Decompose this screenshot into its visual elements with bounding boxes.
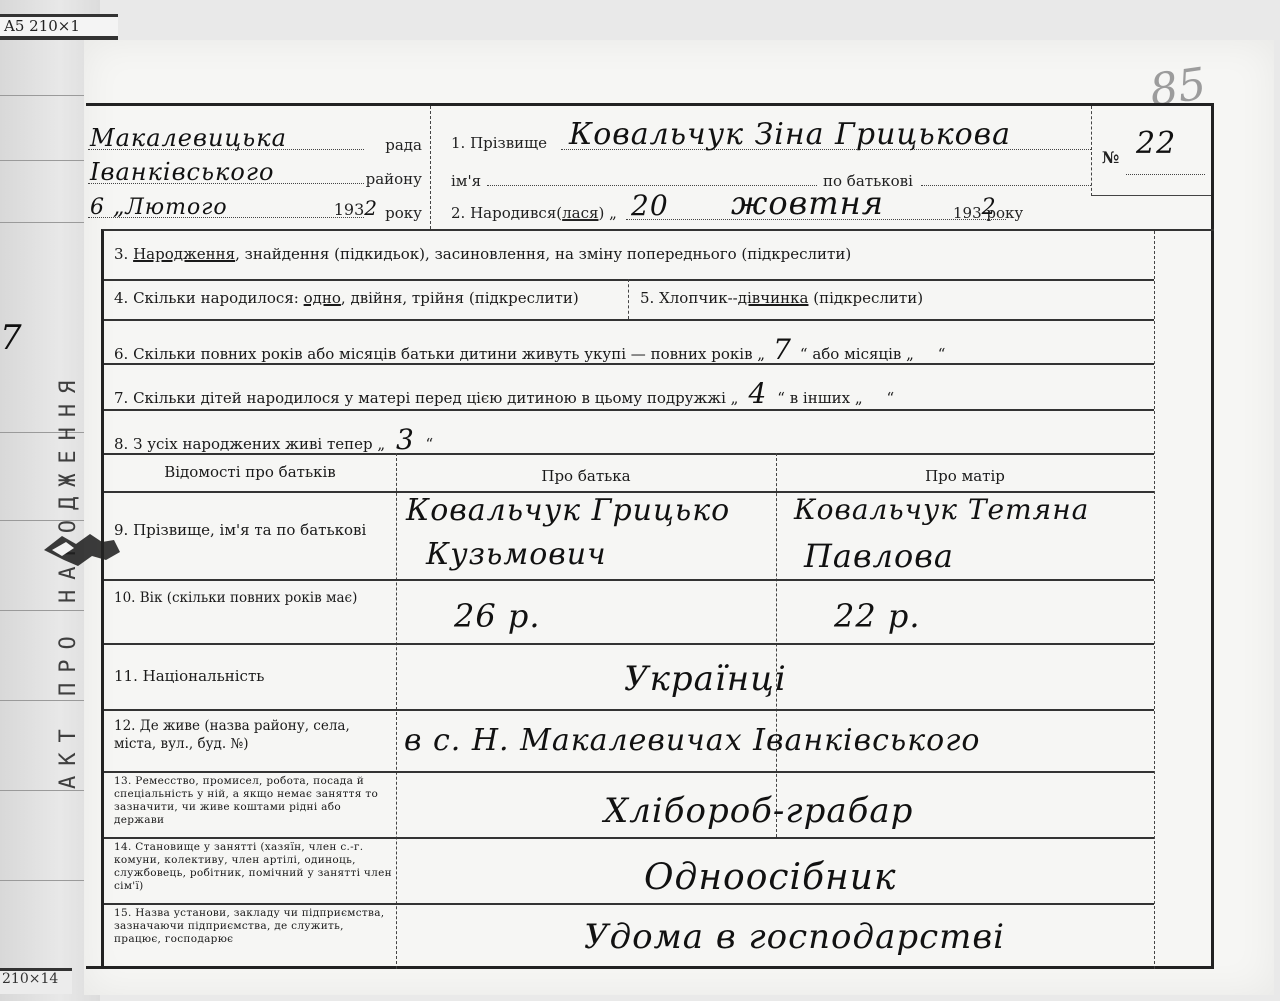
birth-label: 2. Народився(лася) „ <box>451 204 617 222</box>
registration-date-value: 6 „Лютого <box>90 195 228 220</box>
question-10-label: 10. Вік (скільки повних років має) <box>114 589 384 607</box>
ruling-line <box>0 222 90 223</box>
year-label: року <box>385 204 422 222</box>
question-11-label: 11. Національність <box>114 667 264 685</box>
question-7: 7. Скільки дітей народилося у матері пер… <box>114 377 894 410</box>
birth-record-form: Макалевицька рада Іванківського району 6… <box>86 103 1214 969</box>
margin-mark: 7 <box>0 318 22 358</box>
question-15-label: 15. Назва установи, закладу чи підприємс… <box>114 907 394 946</box>
paper-size-label-bottom: 210×14 <box>0 968 72 994</box>
question-13-label: 13. Ремесство, промисел, робота, посада … <box>114 775 394 827</box>
question-4: 4. Скільки народилося: одно, двійня, трі… <box>114 289 579 307</box>
question-8: 8. З усіх народжених живі тепер „ 3 “ <box>114 423 433 456</box>
record-number-value: 22 <box>1136 126 1176 161</box>
father-name-line1: Ковальчук Грицько <box>406 493 730 528</box>
paper-size-label: A5 210×1 <box>0 14 118 40</box>
column-line-mother <box>776 453 777 837</box>
council-value: Макалевицька <box>90 124 287 152</box>
birth-day-value: 20 <box>631 189 669 222</box>
name-label: ім'я <box>451 172 481 190</box>
council-label: рада <box>385 136 422 154</box>
surname-row: 1. Прізвище Ковальчук Зіна Грицькова <box>451 120 1091 154</box>
mother-age-value: 22 р. <box>834 597 921 635</box>
form-grid: 3. Народження, знайдення (підкидьок), за… <box>101 229 1214 969</box>
birth-year: 1932 року <box>953 204 1023 222</box>
surname-label: 1. Прізвище <box>451 134 547 152</box>
header-parents-info: Відомості про батьків <box>104 463 396 481</box>
header-father: Про батька <box>396 467 776 485</box>
workplace-value: Удома в господарстві <box>584 917 1005 957</box>
question-6: 6. Скільки повних років або місяців бать… <box>114 333 945 366</box>
residence-value: в с. Н. Макалевичах Іванківського <box>404 723 980 758</box>
vertical-form-title: АКТ ПРО НАРОДЖЕННЯ <box>56 300 90 860</box>
district-row: Іванківського району <box>88 154 426 188</box>
registry-office-block: Макалевицька рада Іванківського району 6… <box>86 106 431 229</box>
surname-value: Ковальчук Зіна Грицькова <box>569 117 1011 152</box>
birth-date-row: 2. Народився(лася) „ 20 жовтня 1932 року <box>451 190 1091 224</box>
father-name-line2: Кузьмович <box>426 537 607 572</box>
question-14-label: 14. Становище у занятті (хазяїн, член с.… <box>114 841 394 893</box>
birth-month-value: жовтня <box>731 184 884 222</box>
council-row: Макалевицька рада <box>88 120 426 154</box>
ruling-line <box>0 160 90 161</box>
nationality-value: Українці <box>624 659 787 699</box>
previous-children-value: 4 <box>738 377 777 410</box>
ruling-line <box>0 95 90 96</box>
employment-status-value: Одноосібник <box>644 857 896 898</box>
mother-name-line2: Павлова <box>804 537 954 575</box>
registration-year: 1932 <box>334 196 378 220</box>
column-line-father <box>396 453 397 969</box>
question-5: 5. Хлопчик--дівчинка (підкреслити) <box>640 289 923 307</box>
question-9-label: 9. Прізвище, ім'я та по батькові <box>114 521 366 539</box>
header-mother: Про матір <box>776 467 1154 485</box>
right-margin-column-line <box>1154 231 1155 969</box>
ruling-line <box>0 880 90 881</box>
record-number-block: № 22 <box>1091 106 1211 196</box>
form-header: Макалевицька рада Іванківського району 6… <box>86 106 1214 229</box>
district-value: Іванківського <box>90 158 274 186</box>
registration-date-row: 6 „Лютого 1932 року <box>88 188 426 222</box>
question-12-label: 12. Де живе (назва району, села, міста, … <box>114 717 384 753</box>
living-children-value: 3 <box>390 423 421 456</box>
cohabitation-years-value: 7 <box>765 333 800 366</box>
record-number-label: № <box>1102 148 1119 167</box>
question-3: 3. Народження, знайдення (підкидьок), за… <box>114 245 851 263</box>
child-identity-block: 1. Прізвище Ковальчук Зіна Грицькова ім'… <box>431 106 1091 229</box>
occupation-value: Хлібороб-грабар <box>604 791 913 831</box>
father-age-value: 26 р. <box>454 597 541 635</box>
district-label: району <box>366 170 422 188</box>
mother-name-line1: Ковальчук Тетяна <box>794 493 1089 526</box>
